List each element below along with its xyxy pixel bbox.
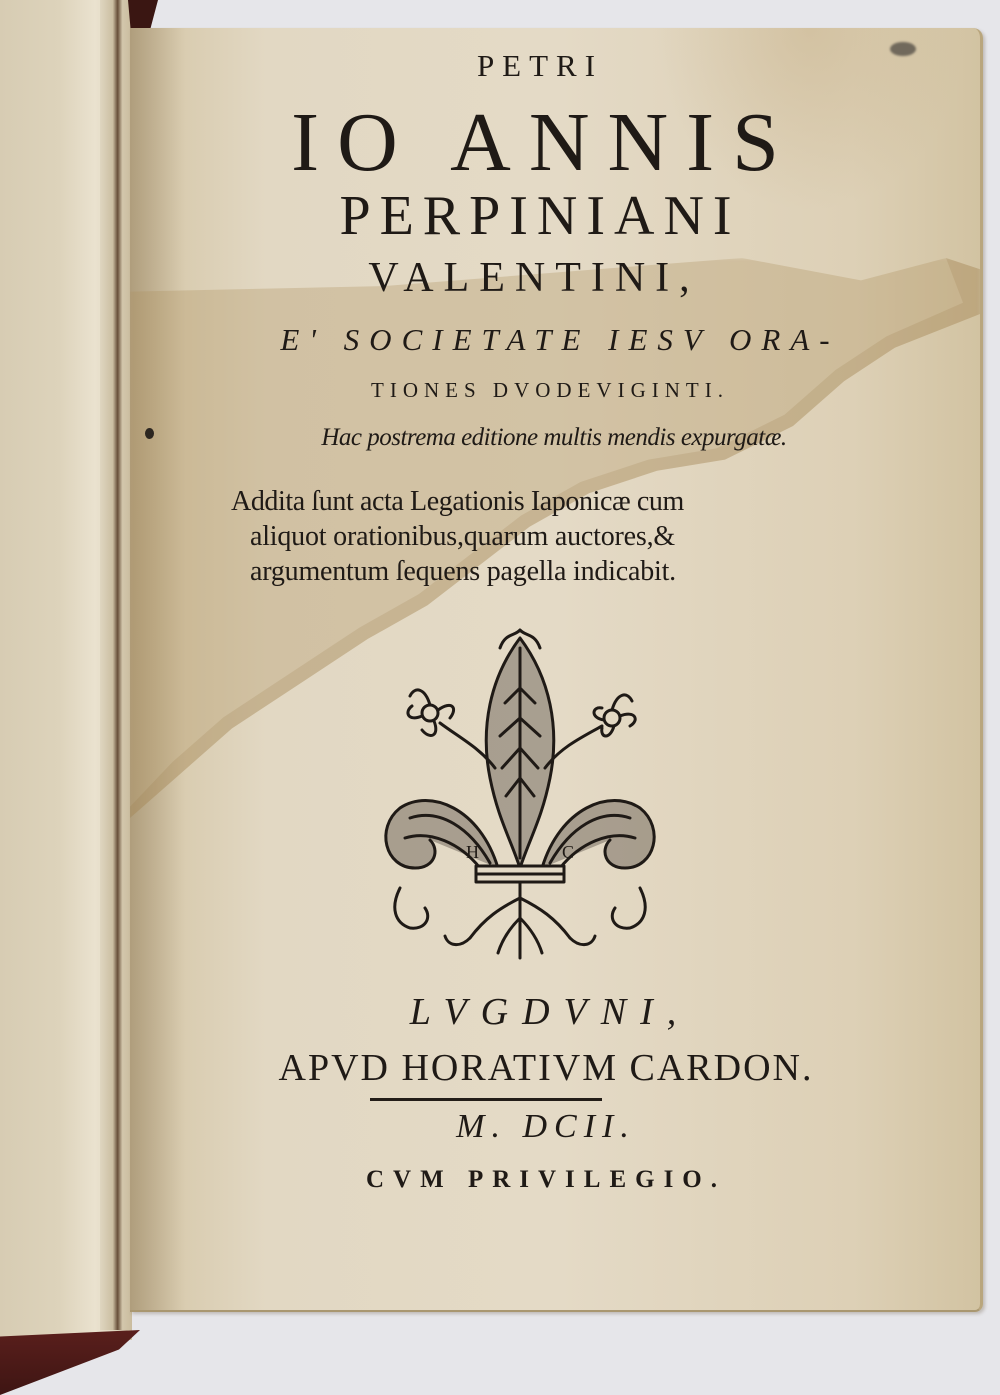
imprint-year: M. DCII.: [176, 1108, 916, 1146]
ink-dot: [145, 428, 154, 439]
fleur-de-lis-icon: H C: [370, 618, 670, 968]
left-leaf-fore-edge: [100, 0, 132, 1330]
orations-line: TIONES DVODEVIGINTI.: [180, 378, 920, 403]
author-surname: PERPINIANI: [170, 184, 910, 248]
imprint-privilege: CVM PRIVILEGIO.: [176, 1166, 916, 1194]
imprint-printer: APVD HORATIVM CARDON.: [176, 1046, 916, 1090]
device-initial-right: C: [562, 842, 574, 862]
edition-note: Hac postrema editione multis mendis expu…: [184, 424, 924, 452]
title-page: PETRI IO ANNIS PERPINIANI VALENTINI, E' …: [130, 28, 983, 1312]
subtitle-line-1: Addita ſunt acta Legationis Iaponicæ cum: [186, 486, 971, 518]
imprint-place: LVGDVNI,: [180, 990, 920, 1034]
subtitle-line-2: aliquot orationibus,quarum auctores,&: [170, 521, 990, 553]
author-origin: VALENTINI,: [164, 254, 904, 302]
binding-bottom: [0, 1330, 140, 1395]
imprint-rule: [370, 1098, 602, 1101]
author-praenomen: PETRI: [170, 48, 910, 84]
subtitle-line-3: argumentum ſequens pagella indicabit.: [170, 556, 990, 588]
society-line: E' SOCIETATE IESV ORA-: [190, 322, 930, 358]
device-initial-left: H: [466, 842, 479, 862]
author-name: IO ANNIS: [174, 94, 914, 191]
printers-device: H C: [370, 618, 670, 968]
